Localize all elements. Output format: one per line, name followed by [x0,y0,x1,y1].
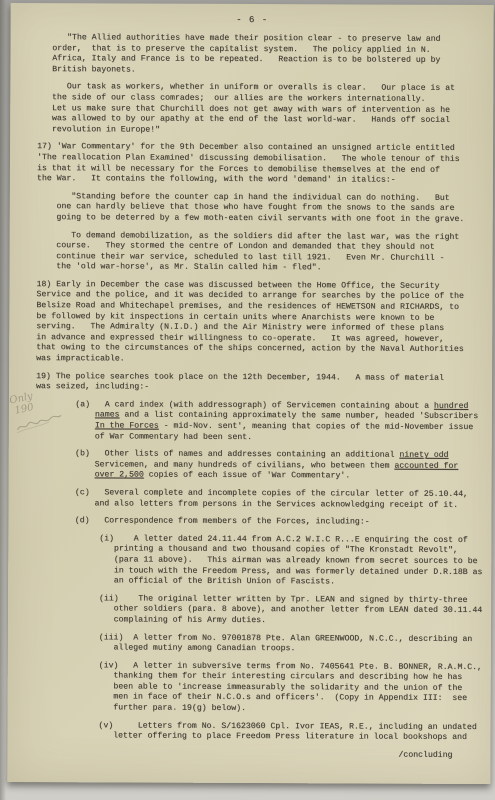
item-b-other-lists: (b) Other lists of names and addresses c… [36,449,482,483]
quote-allied-authorities: "The Allied authorities have made their … [37,33,483,77]
item-d-ii-lean-letter: (ii) The original letter written by Tpr.… [35,594,481,628]
item-a-card-index: (a) A card index (with addressograph) of… [36,400,482,444]
catchword: /concluding [7,749,490,762]
quote-to-demand-demobilization: To demand demobilization, as the soldier… [37,231,483,275]
item-c-circular-letter: (c) Several complete and incomplete copi… [35,488,481,511]
para-17-war-commentary: 17) 'War Commentary' for the 9th Decembe… [37,142,483,186]
item-d-iv-bonner-letter: (iv) A letter in subversive terms from N… [35,661,481,716]
page-number: - 6 - [11,3,494,26]
quote-standing-before-counter: "Standing before the counter cap in hand… [37,192,483,226]
para-18-searches-arranged: 18) Early in December the case was discu… [36,280,482,367]
item-d-iii-greenwood-letter: (iii) A letter from No. 97001878 Pte. Al… [35,633,481,656]
item-d-v-deas-letters: (v) Letters from No. S/1623060 Cpl. Ivor… [34,721,480,744]
scan-background: - 6 - "The Allied authorities have made … [0,0,495,800]
document-text: "The Allied authorities have made their … [7,33,493,744]
item-d-correspondence: (d) Correspondence from members of the F… [35,516,481,529]
document-page: - 6 - "The Allied authorities have made … [7,3,493,784]
para-19-police-searches: 19) The police searches took place on th… [36,372,482,395]
item-d-i-letter-kronstadt: (i) A letter dated 24.11.44 from A.C.2 W… [35,534,481,589]
quote-our-task: Our task as workers, whether in uniform … [37,82,483,137]
